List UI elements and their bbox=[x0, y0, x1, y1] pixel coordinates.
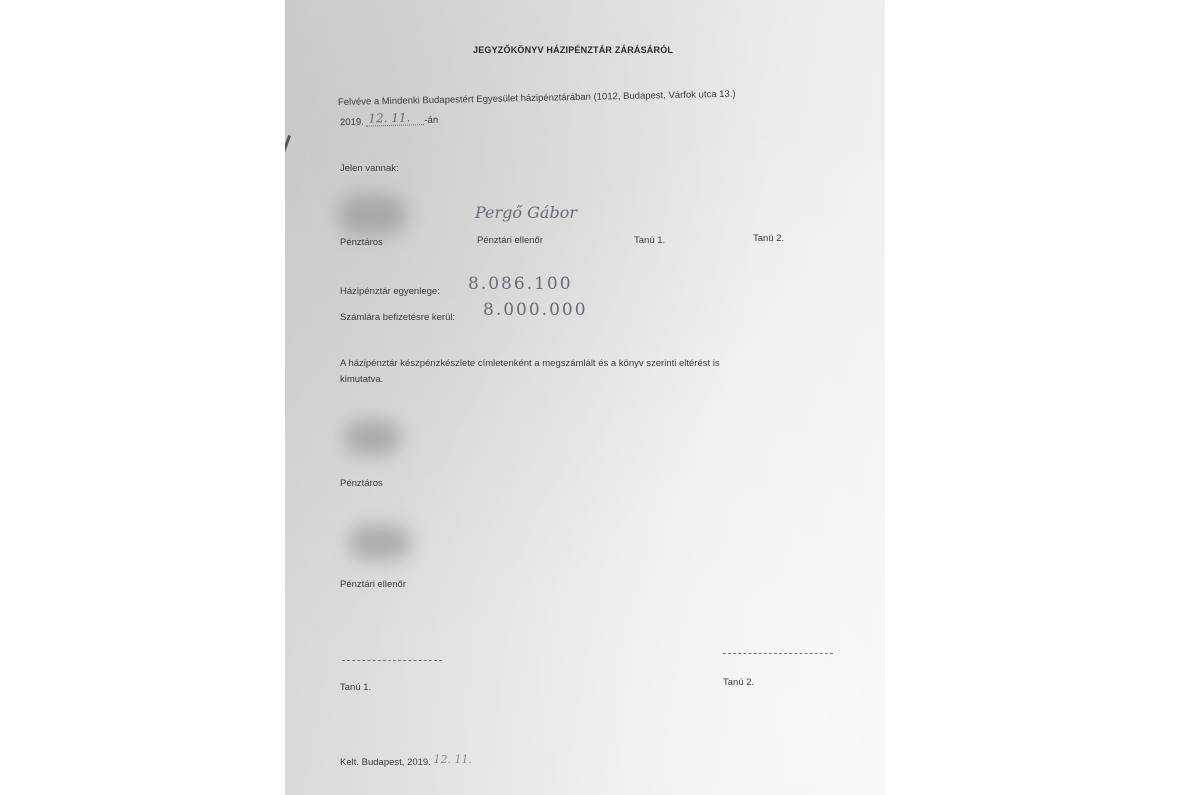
sign-label-cashier: Pénztáros bbox=[340, 478, 383, 489]
statement-line-1: A házipénztár készpénzkészlete címletenk… bbox=[340, 358, 720, 369]
attendee-role-witness1: Tanú 1. bbox=[634, 235, 665, 246]
sign-label-witness1: Tanú 1. bbox=[340, 682, 371, 693]
intro-date-line: 2019. 12. 11.-án bbox=[340, 112, 438, 129]
statement-line-2: kimutatva. bbox=[340, 374, 383, 385]
deposit-value: 8.000.000 bbox=[483, 300, 588, 320]
balance-value: 8.086.100 bbox=[468, 274, 573, 294]
intro-line: Felvéve a Mindenki Budapestért Egyesület… bbox=[338, 89, 736, 108]
intro-date-handwritten: 12. 11. bbox=[366, 110, 424, 127]
attendee-role-cashier: Pénztáros bbox=[340, 237, 383, 248]
signature-line-witness2 bbox=[723, 653, 833, 654]
sign-label-controller: Pénztári ellenőr bbox=[340, 579, 406, 590]
closing-date-handwritten: 12. 11. bbox=[433, 753, 471, 766]
intro-year: 2019. bbox=[340, 117, 364, 129]
deposit-label: Számlára befizetésre kerül: bbox=[340, 312, 455, 323]
scanned-document-page: JEGYZŐKÖNYV HÁZIPÉNZTÁR ZÁRÁSÁRÓL Felvév… bbox=[285, 0, 885, 795]
redacted-signature-cashier bbox=[340, 195, 405, 235]
signature-line-witness1 bbox=[342, 660, 442, 661]
sign-label-witness2: Tanú 2. bbox=[723, 677, 754, 688]
redacted-signature-controller-bottom bbox=[350, 525, 410, 560]
closing-text: Kelt. Budapest, 2019. bbox=[340, 757, 431, 768]
intro-suffix: -án bbox=[424, 115, 438, 126]
attendee-role-controller: Pénztári ellenőr bbox=[477, 235, 543, 246]
balance-label: Házipénztár egyenlege: bbox=[340, 286, 440, 297]
attendee-role-witness2: Tanú 2. bbox=[753, 233, 784, 244]
redacted-signature-cashier-bottom bbox=[345, 420, 400, 455]
closing-line: Kelt. Budapest, 2019. 12. 11. bbox=[340, 755, 472, 768]
document-title: JEGYZŐKÖNYV HÁZIPÉNZTÁR ZÁRÁSÁRÓL bbox=[473, 45, 673, 55]
present-label: Jelen vannak: bbox=[340, 163, 399, 174]
signature-controller: Pergő Gábor bbox=[475, 203, 577, 222]
page-edge-mark bbox=[285, 135, 291, 153]
